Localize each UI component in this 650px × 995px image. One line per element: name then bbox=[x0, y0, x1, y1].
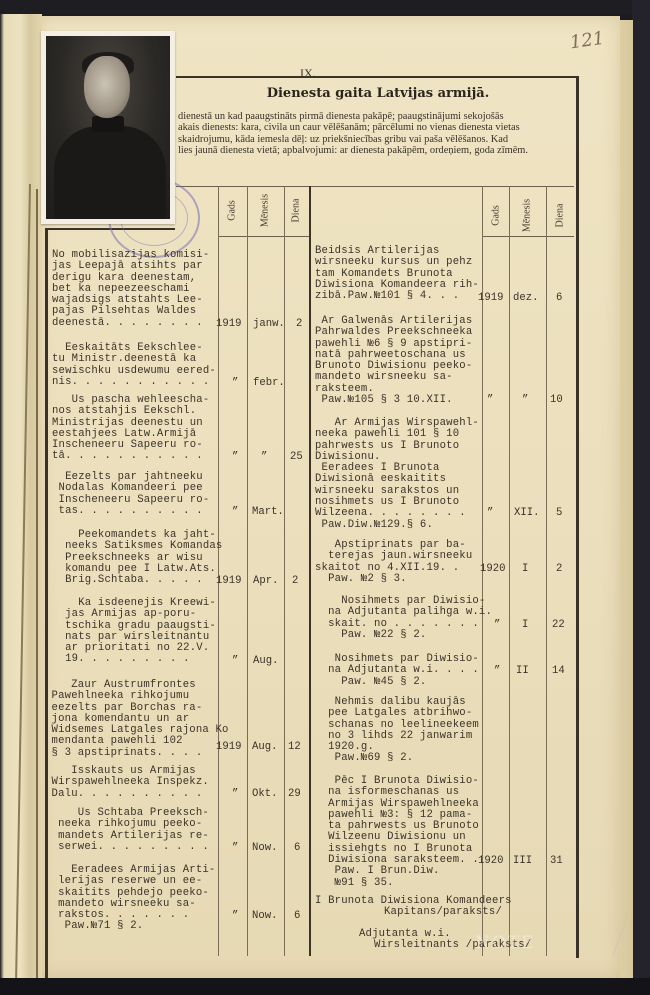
entry-year: ” bbox=[232, 788, 238, 800]
entry-month: Aug. bbox=[253, 655, 278, 667]
service-entry-text: No mobilisazijas komisi- jas Leepajā ats… bbox=[52, 250, 209, 329]
entry-day: 14 bbox=[552, 665, 565, 677]
column-rule bbox=[247, 186, 248, 956]
service-entry-text: Ar Armijas Wirspawehl- neeka pawehli 101… bbox=[315, 418, 479, 531]
column-rule bbox=[509, 186, 510, 956]
column-header-day: Diena bbox=[291, 196, 302, 226]
entry-month: I bbox=[522, 563, 528, 575]
entry-year: 1920 bbox=[478, 855, 503, 867]
service-entry-text: Ar Galwenās Artilerijas Pahrwaldes Preek… bbox=[315, 316, 472, 406]
previous-page-edge bbox=[0, 14, 42, 995]
service-entry-text: Us pascha wehleescha- nos atstahjis Eeks… bbox=[52, 395, 209, 463]
instruction-line: lies jaunā dienesta vietā; apbalvojumi: … bbox=[178, 145, 575, 156]
entry-year: ” bbox=[494, 619, 500, 631]
entry-year: ” bbox=[487, 507, 493, 519]
scanner-frame-top bbox=[0, 0, 650, 14]
entry-year: ” bbox=[232, 910, 238, 922]
service-entry-text: Eezelts par jahtneeku Nodalas Komandeeri… bbox=[52, 472, 209, 517]
uniform-collar bbox=[92, 116, 124, 132]
signature-commander-rank: Kapitans/paraksts/ bbox=[384, 907, 502, 918]
watermark: NOTE bbox=[475, 933, 536, 953]
instruction-line: skaidrojumu, kāda iemesla dēļ: uz priekš… bbox=[178, 134, 575, 145]
portrait-image bbox=[46, 36, 170, 219]
entry-day: 22 bbox=[552, 619, 565, 631]
service-entry-text: Beidsis Artilerijas wirsneeku kursus un … bbox=[315, 246, 479, 302]
entry-month: II bbox=[516, 665, 529, 677]
portrait-photo bbox=[41, 31, 175, 224]
entry-year: ” bbox=[232, 842, 238, 854]
entry-day: 6 bbox=[294, 910, 300, 922]
entry-month: dez. bbox=[513, 292, 538, 304]
entry-day: 5 bbox=[556, 507, 562, 519]
column-header-year: Gads bbox=[227, 196, 238, 226]
column-header-day: Diena bbox=[555, 198, 566, 234]
scanner-frame-bottom bbox=[0, 978, 650, 995]
uniform bbox=[54, 126, 166, 219]
entry-day: 12 bbox=[288, 741, 301, 753]
entry-month: XII. bbox=[514, 507, 539, 519]
entry-year: ” bbox=[487, 394, 493, 406]
service-entry-text: Eeskaitāts Eekschlee- tu Ministr.deenest… bbox=[52, 343, 216, 388]
entry-day: 2 bbox=[556, 563, 562, 575]
entry-month: Now. bbox=[252, 910, 277, 922]
table-top-rule bbox=[176, 186, 574, 187]
binding-crease bbox=[15, 184, 31, 984]
entry-month: janw. bbox=[253, 318, 285, 330]
service-entry-text: Nosihmets par Diwisio- na Adjutanta w.i.… bbox=[315, 654, 479, 688]
entry-day: 31 bbox=[550, 855, 563, 867]
header-bottom-rule-left bbox=[218, 236, 310, 237]
entry-year: 1919 bbox=[216, 318, 241, 330]
entry-year: ” bbox=[232, 506, 238, 518]
form-instructions: dienestā un kad paaugstināts pirmā diene… bbox=[178, 111, 575, 157]
face bbox=[84, 56, 130, 118]
service-entry-text: Zaur Austrumfrontes Pawehlneeka rihkojum… bbox=[45, 680, 229, 759]
form-title: Dienesta gaita Latvijas armijā. bbox=[178, 86, 578, 101]
header-bottom-rule-right bbox=[482, 236, 574, 237]
column-header-month: Mēnesis bbox=[260, 192, 271, 230]
entry-month: Okt. bbox=[252, 788, 277, 800]
service-entry-text: Ka isdeenejis Kreewi- jas Armijas ap-por… bbox=[52, 598, 216, 666]
column-rule bbox=[546, 186, 547, 956]
instruction-line: akais dienests: kara, civila un caur vēl… bbox=[178, 122, 575, 133]
service-entry-text: Isskauts us Armijas Wirspawehlneeka Insp… bbox=[45, 766, 209, 800]
section-number: IX. bbox=[300, 66, 316, 81]
entry-year: 1919 bbox=[216, 575, 241, 587]
entry-day: 2 bbox=[296, 318, 302, 330]
entry-day: 29 bbox=[288, 788, 301, 800]
entry-month: febr. bbox=[253, 377, 285, 389]
entry-day: 6 bbox=[556, 292, 562, 304]
entry-year: 1919 bbox=[216, 741, 241, 753]
service-entry-text: Nehmis dalibu kaujās pee Latgales atbrih… bbox=[315, 697, 479, 765]
column-rule bbox=[284, 186, 285, 956]
entry-year: ” bbox=[232, 451, 238, 463]
service-entry-text: Us Schtaba Preeksch- neeka rihkojumu pee… bbox=[45, 808, 209, 853]
entry-day: 10 bbox=[550, 394, 563, 406]
entry-year: ” bbox=[232, 655, 238, 667]
entry-day: 2 bbox=[292, 575, 298, 587]
service-entry-text: Apstiprinats par ba- terejas jaun.wirsne… bbox=[315, 540, 472, 585]
entry-month: III bbox=[513, 855, 532, 867]
binding-crease bbox=[36, 189, 38, 989]
service-entry-text: Eeradees Armijas Arti- lerijas reserwe u… bbox=[45, 865, 216, 933]
scanner-frame-right bbox=[632, 0, 650, 995]
service-entry-text: Pēc I Brunota Diwisio- na isformeschanas… bbox=[315, 776, 479, 889]
column-rule-divider bbox=[309, 186, 311, 956]
service-entry-text: Nosihmets par Diwisio- na Adjutanta pali… bbox=[315, 596, 492, 641]
entry-month: Apr. bbox=[253, 575, 278, 587]
entry-month: Now. bbox=[252, 842, 277, 854]
entry-year: 1919 bbox=[478, 292, 503, 304]
entry-year: 1920 bbox=[480, 563, 505, 575]
entry-month: I bbox=[522, 619, 528, 631]
entry-month: Aug. bbox=[252, 741, 277, 753]
entry-year: ” bbox=[232, 377, 238, 389]
entry-year: ” bbox=[494, 665, 500, 677]
column-header-year: Gads bbox=[491, 201, 502, 231]
entry-month: ” bbox=[261, 451, 267, 463]
entry-month: ” bbox=[522, 394, 528, 406]
entry-day: 6 bbox=[294, 842, 300, 854]
service-entry-text: Peekomandets ka jaht- neeks Satiksmes Ko… bbox=[52, 530, 223, 586]
entry-month: Mart. bbox=[252, 506, 284, 518]
instruction-line: dienestā un kad paaugstināts pirmā diene… bbox=[178, 111, 575, 122]
column-header-month: Mēnesis bbox=[522, 197, 533, 235]
entry-day: 25 bbox=[290, 451, 303, 463]
